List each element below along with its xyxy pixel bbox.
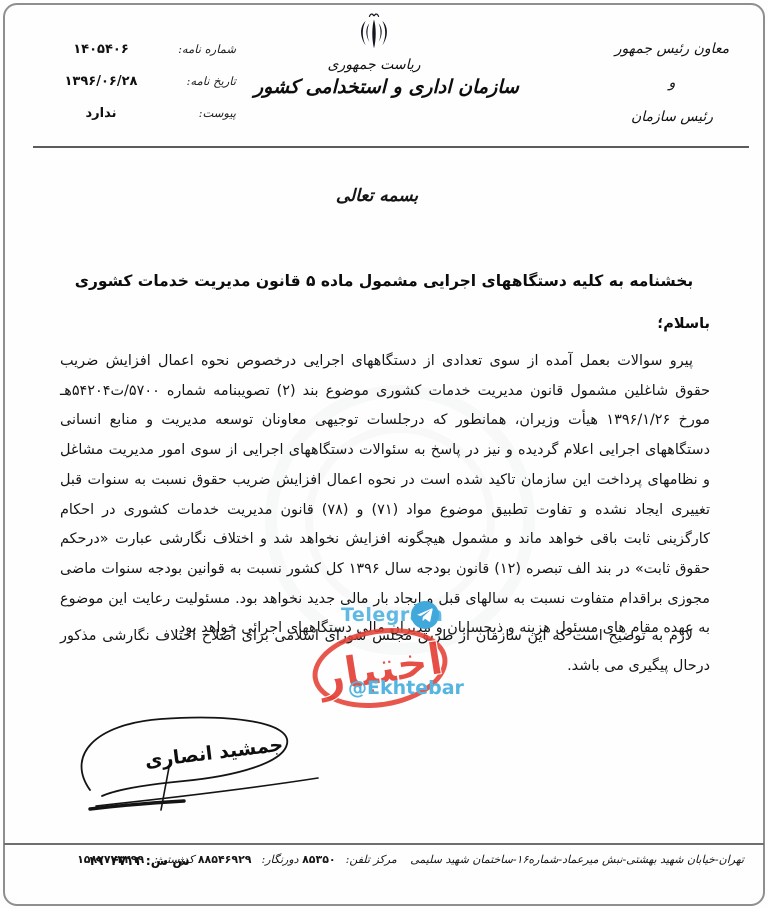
attachment-value: ندارد	[38, 106, 164, 121]
letter-date-value: ۱۳۹۶/۰۶/۲۸	[38, 74, 164, 89]
org-name-label: سازمان اداری و استخدامی کشور	[254, 76, 494, 98]
telegram-handle: @Ekhtebar	[348, 677, 464, 699]
footer-phone-label: مرکز تلفن:	[346, 853, 397, 866]
footer-divider-line	[4, 843, 764, 845]
signature-block: جمشید انصاری	[66, 710, 326, 838]
handwritten-signature-icon	[66, 710, 326, 838]
salutation: باسلام؛	[657, 316, 710, 332]
meta-row-date: تاریخ نامه: ۱۳۹۶/۰۶/۲۸	[38, 74, 236, 106]
footer-fax-value: ۸۸۵۴۶۹۲۹	[198, 853, 252, 866]
scanned-letter-page: معاون رئیس جمهور و رئیس سازمان ریاست جمه…	[0, 0, 768, 909]
role-line-head: رئیس سازمان	[612, 100, 732, 134]
letter-date-label: تاریخ نامه:	[164, 74, 236, 88]
header-divider-line	[33, 146, 749, 148]
role-line-and: و	[612, 66, 732, 100]
letter-number-value: ۱۴۰۵۴۰۶	[38, 42, 164, 57]
org-presidency-label: ریاست جمهوری	[254, 57, 494, 73]
organization-block: ریاست جمهوری سازمان اداری و استخدامی کشو…	[254, 10, 494, 98]
signer-role-block: معاون رئیس جمهور و رئیس سازمان	[612, 32, 732, 134]
iran-emblem-icon	[355, 10, 393, 54]
meta-row-attachment: پیوست: ندارد	[38, 106, 236, 138]
footer-address-text: تهران-خیابان شهید بهشتی-نبش میرعماد-شمار…	[410, 853, 744, 866]
meta-row-number: شماره نامه: ۱۴۰۵۴۰۶	[38, 42, 236, 74]
circular-title: بخشنامه به کلیه دستگاههای اجرایی مشمول م…	[50, 272, 718, 290]
footer-fax-label: دورنگار:	[262, 853, 299, 866]
besmele-invocation: بسمه تعالی	[0, 186, 754, 206]
serial-label: ش ش:	[146, 853, 190, 868]
footer-serial-number: ش ش: ۱۹۰۴۷۱۱	[88, 853, 190, 868]
serial-value: ۱۹۰۴۷۱۱	[88, 853, 141, 868]
letter-meta-block: شماره نامه: ۱۴۰۵۴۰۶ تاریخ نامه: ۱۳۹۶/۰۶/…	[38, 42, 236, 138]
attachment-label: پیوست:	[164, 106, 236, 120]
letter-number-label: شماره نامه:	[164, 42, 236, 56]
body-paragraph-1: پیرو سوالات بعمل آمده از سوی تعدادی از د…	[60, 347, 710, 644]
footer-phone-value: ۸۵۳۵۰	[302, 853, 336, 866]
role-line-deputy: معاون رئیس جمهور	[612, 32, 732, 66]
